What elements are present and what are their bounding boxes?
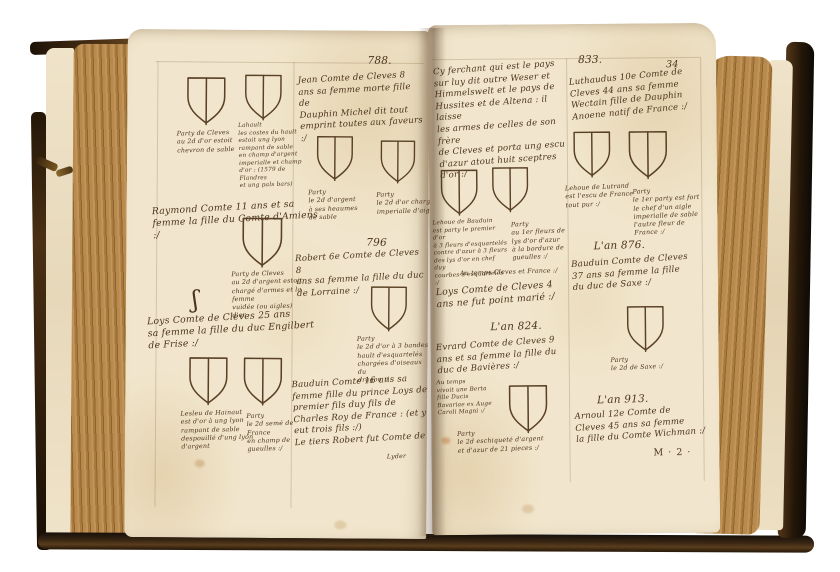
escutcheon-icon	[315, 134, 355, 181]
quire-signature: M · 2 ·	[653, 447, 691, 458]
escutcheon-icon	[489, 165, 531, 212]
shield-caption: Party le 2d de Saxe :/	[610, 353, 697, 373]
foxing-spot	[195, 459, 205, 467]
entry-paragraph: Luthaudus 10e Comte de Cleves 44 ans sa …	[568, 65, 704, 124]
year-heading: 788.	[368, 55, 392, 67]
escutcheon-icon	[241, 356, 284, 406]
escutcheon-icon	[243, 72, 283, 122]
escutcheon-icon	[185, 75, 227, 125]
left-page: Party de Cleves au 2d d'or estoit chevro…	[124, 29, 430, 539]
year-heading: L'an 876.	[594, 239, 646, 253]
escutcheon-icon	[626, 129, 670, 179]
escutcheon-icon	[187, 355, 229, 405]
gutter-shadow	[418, 28, 446, 536]
entry-paragraph: Bauduin Comte de Cleves 37 ans sa femme …	[571, 251, 703, 295]
escutcheon-icon	[571, 130, 613, 178]
entry-paragraph: Bauduin Comte 16 ans sa femme fille du p…	[291, 373, 431, 450]
entry-paragraph: Arnoul 12e Comte de Cleves 45 ans sa fem…	[574, 403, 708, 447]
escutcheon-icon	[379, 139, 417, 184]
escutcheon-icon	[240, 216, 284, 268]
foxing-spot	[522, 504, 534, 513]
year-heading: L'an 824.	[490, 320, 542, 334]
escutcheon-icon	[368, 285, 410, 332]
escutcheon-icon	[623, 304, 667, 352]
entry-paragraph: Cy ferchant qui est le pays sur luy dit …	[433, 58, 573, 183]
entry-heading: Raymond Comte 11 ans et sa femme la fill…	[152, 197, 322, 242]
year-heading: L'an 913.	[597, 393, 649, 407]
shield-caption: Party au 1er fleurs de lys d'or d'azur à…	[511, 219, 571, 263]
photo-backdrop: Party de Cleves au 2d d'or estoit chevro…	[0, 0, 840, 572]
entry-heading: Loys Comte de Cleves 25 ans sa femme la …	[147, 307, 321, 352]
shield-caption: Party le 2d eschiqueté d'argent et d'azu…	[457, 426, 568, 456]
right-page: Cy ferchant qui est le pays sur luy dit …	[428, 23, 720, 535]
year-heading: 796	[366, 237, 387, 249]
foxing-spot	[334, 520, 346, 529]
shield-caption: Party le 2d d'argent à ses heaumes de sa…	[308, 188, 373, 223]
escutcheon-icon	[506, 383, 550, 433]
shield-caption: Party le 1er party est fort le chef d'un…	[632, 186, 704, 239]
pen-flourish: ʃ	[192, 285, 199, 313]
shield-caption: Lahault les costes du hault estoit ung l…	[238, 121, 310, 191]
rule-line	[154, 61, 158, 507]
year-heading: 833.	[578, 54, 602, 66]
shield-caption: Lehoue de Lutrand est l'escu de France t…	[565, 182, 638, 210]
entry-paragraph: Evrard Comte de Cleves 9 ans et sa femme…	[436, 334, 570, 378]
